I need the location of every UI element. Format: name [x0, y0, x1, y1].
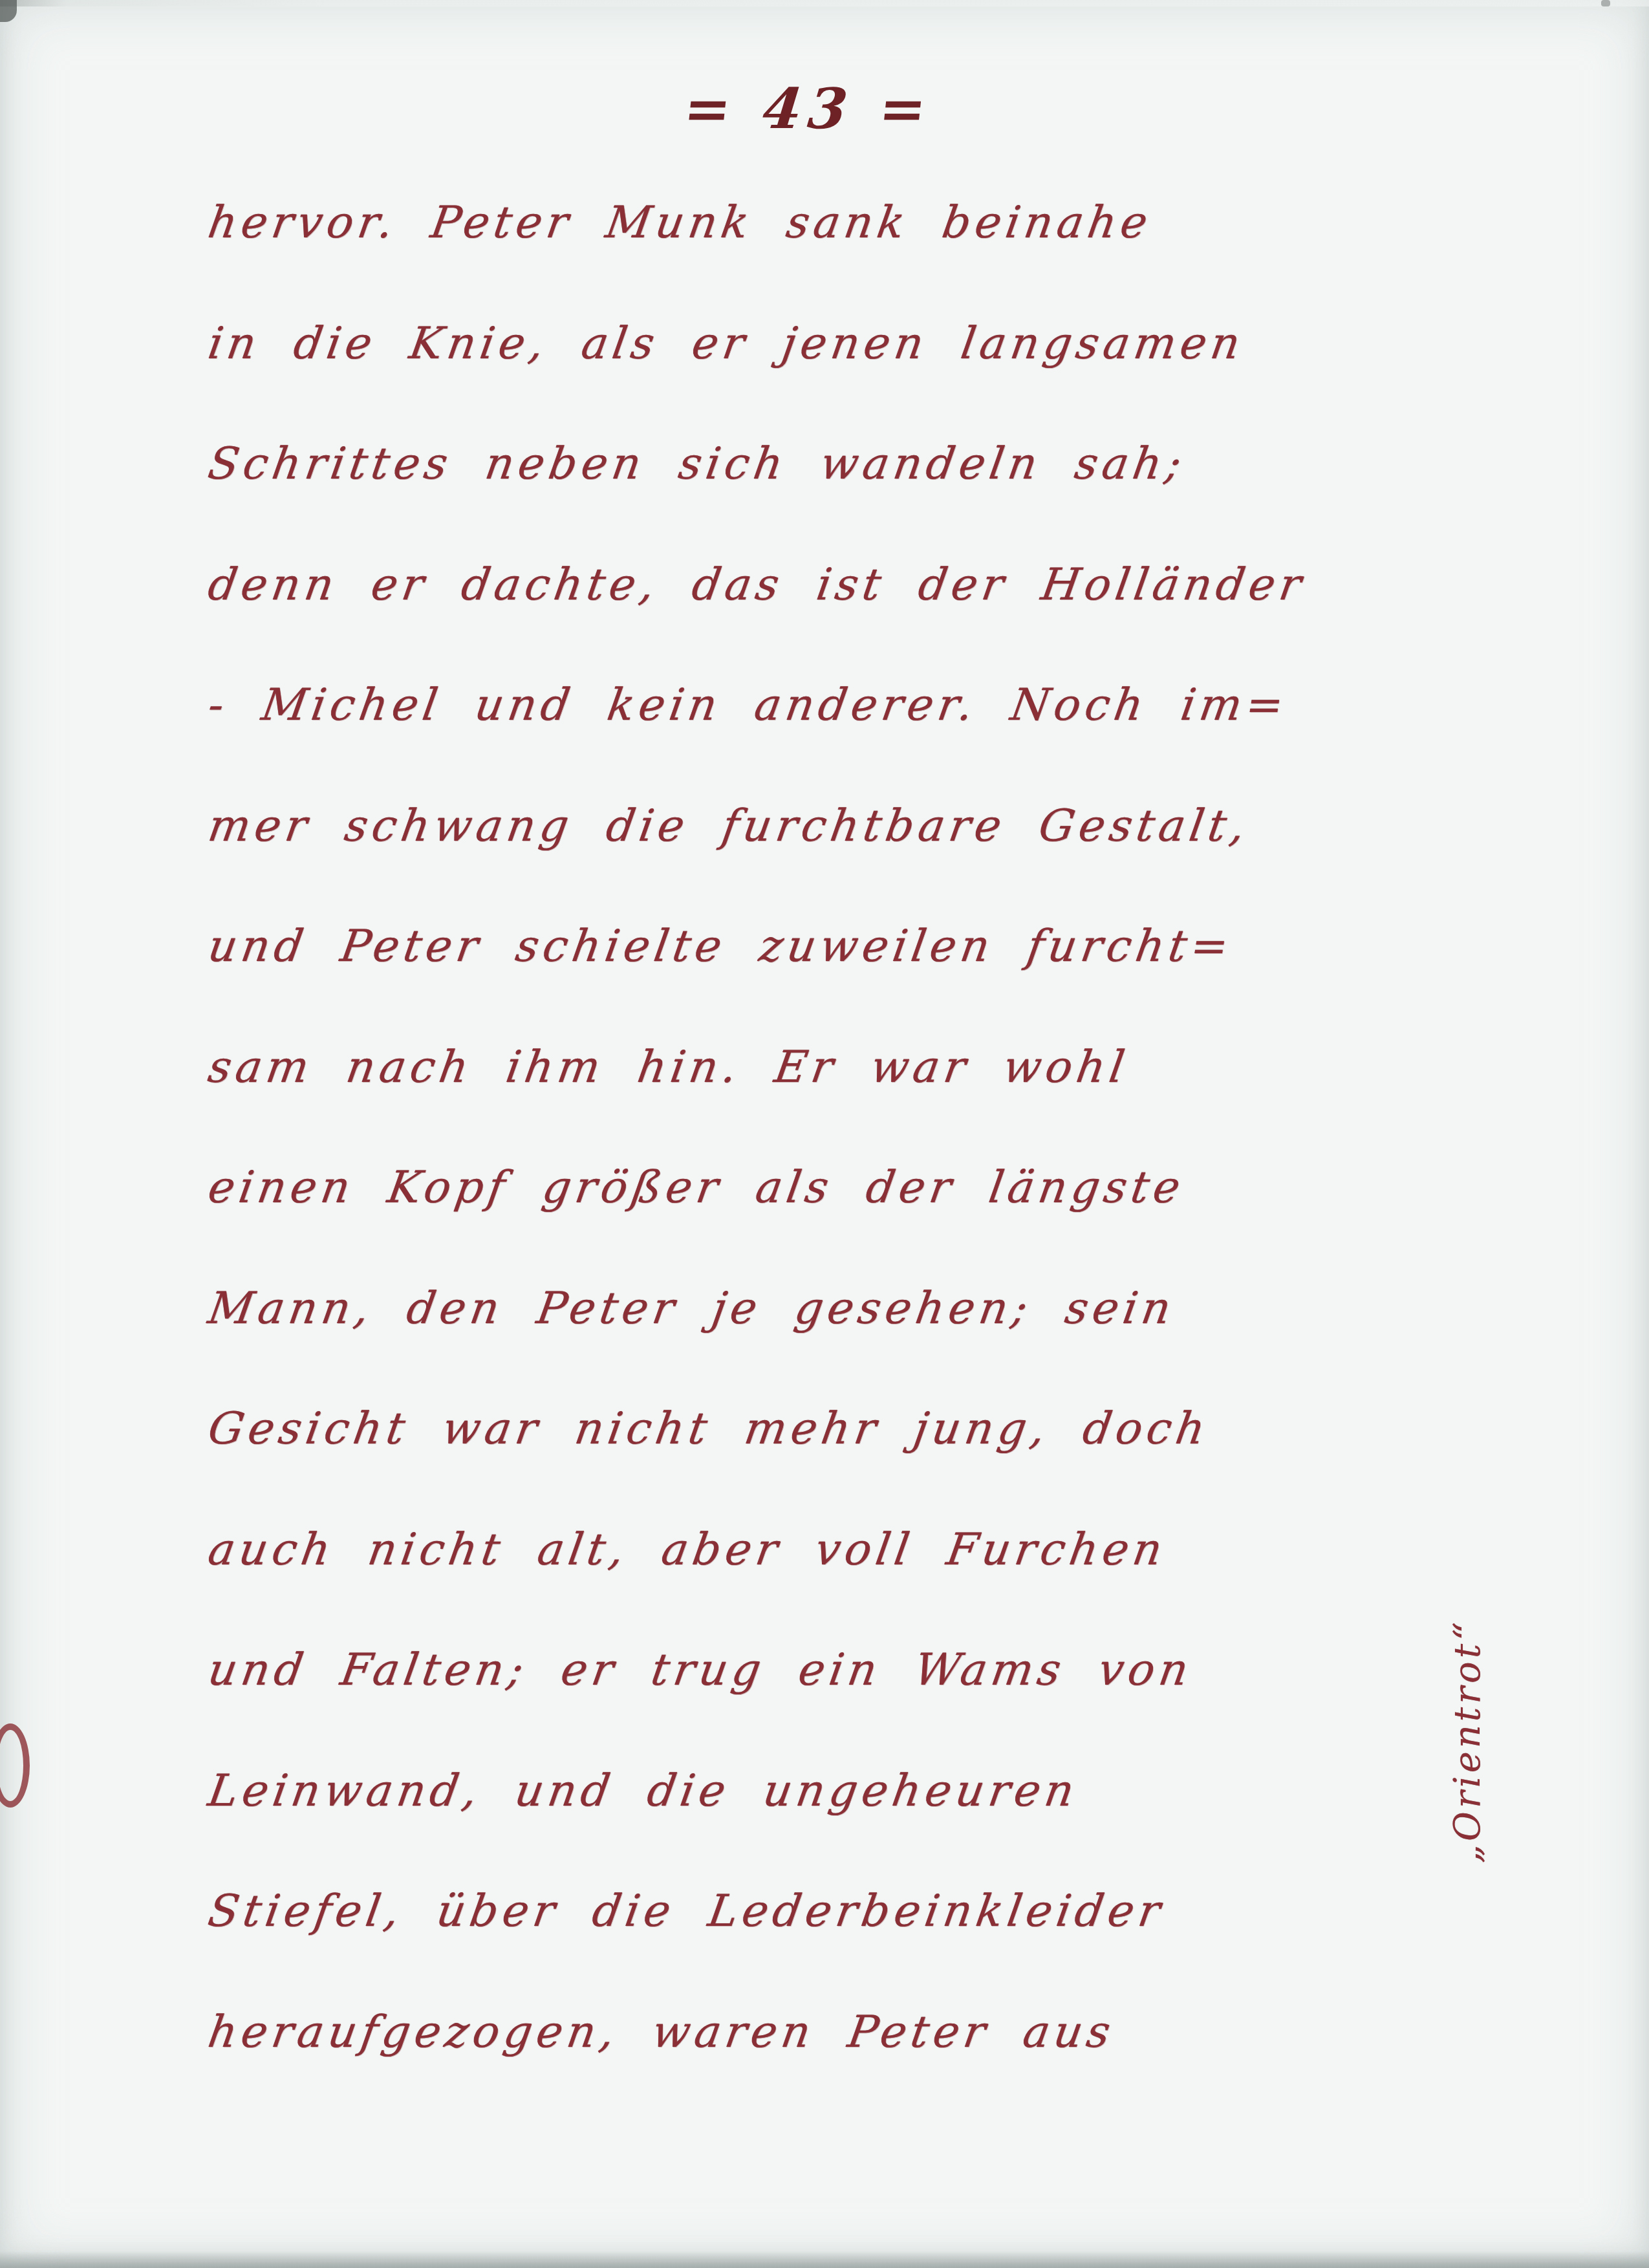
scan-edge-artifact [0, 0, 1649, 6]
scan-speck [1601, 0, 1610, 6]
manuscript-page: = 43 = hervor. Peter Munk sank beinahe i… [0, 0, 1649, 2268]
manuscript-line: Mann, den Peter je gesehen; sein [199, 1249, 1591, 1370]
scan-edge-shadow [0, 2251, 1649, 2268]
manuscript-line: Leinwand, und die ungeheuren [199, 1731, 1591, 1852]
manuscript-line: heraufgezogen, waren Peter aus [199, 1972, 1591, 2093]
manuscript-line: mer schwang die furchtbare Gestalt, [199, 766, 1591, 887]
manuscript-line: sam nach ihm hin. Er war wohl [199, 1008, 1591, 1129]
manuscript-line: hervor. Peter Munk sank beinahe [199, 163, 1591, 284]
manuscript-line: Stiefel, über die Lederbeinkleider [199, 1852, 1591, 1972]
margin-note-ink-name: „Orientrot“ [1447, 1582, 1489, 1899]
manuscript-line: auch nicht alt, aber voll Furchen [199, 1490, 1591, 1611]
manuscript-text-block: hervor. Peter Munk sank beinahe in die K… [199, 163, 1571, 2093]
manuscript-line: einen Kopf größer als der längste [199, 1128, 1591, 1249]
manuscript-line: denn er dachte, das ist der Holländer [199, 525, 1591, 646]
manuscript-line: in die Knie, als er jenen langsamen [199, 284, 1591, 405]
ink-bleed-mark [0, 1723, 30, 1808]
manuscript-line: und Falten; er trug ein Wams von [199, 1610, 1591, 1731]
manuscript-line: Schrittes neben sich wandeln sah; [199, 404, 1591, 525]
scan-corner-mark [0, 0, 17, 22]
manuscript-line: - Michel und kein anderer. Noch im= [199, 645, 1591, 766]
page-number: = 43 = [643, 76, 974, 142]
manuscript-line: und Peter schielte zuweilen furcht= [199, 887, 1591, 1008]
manuscript-line: Gesicht war nicht mehr jung, doch [199, 1369, 1591, 1490]
